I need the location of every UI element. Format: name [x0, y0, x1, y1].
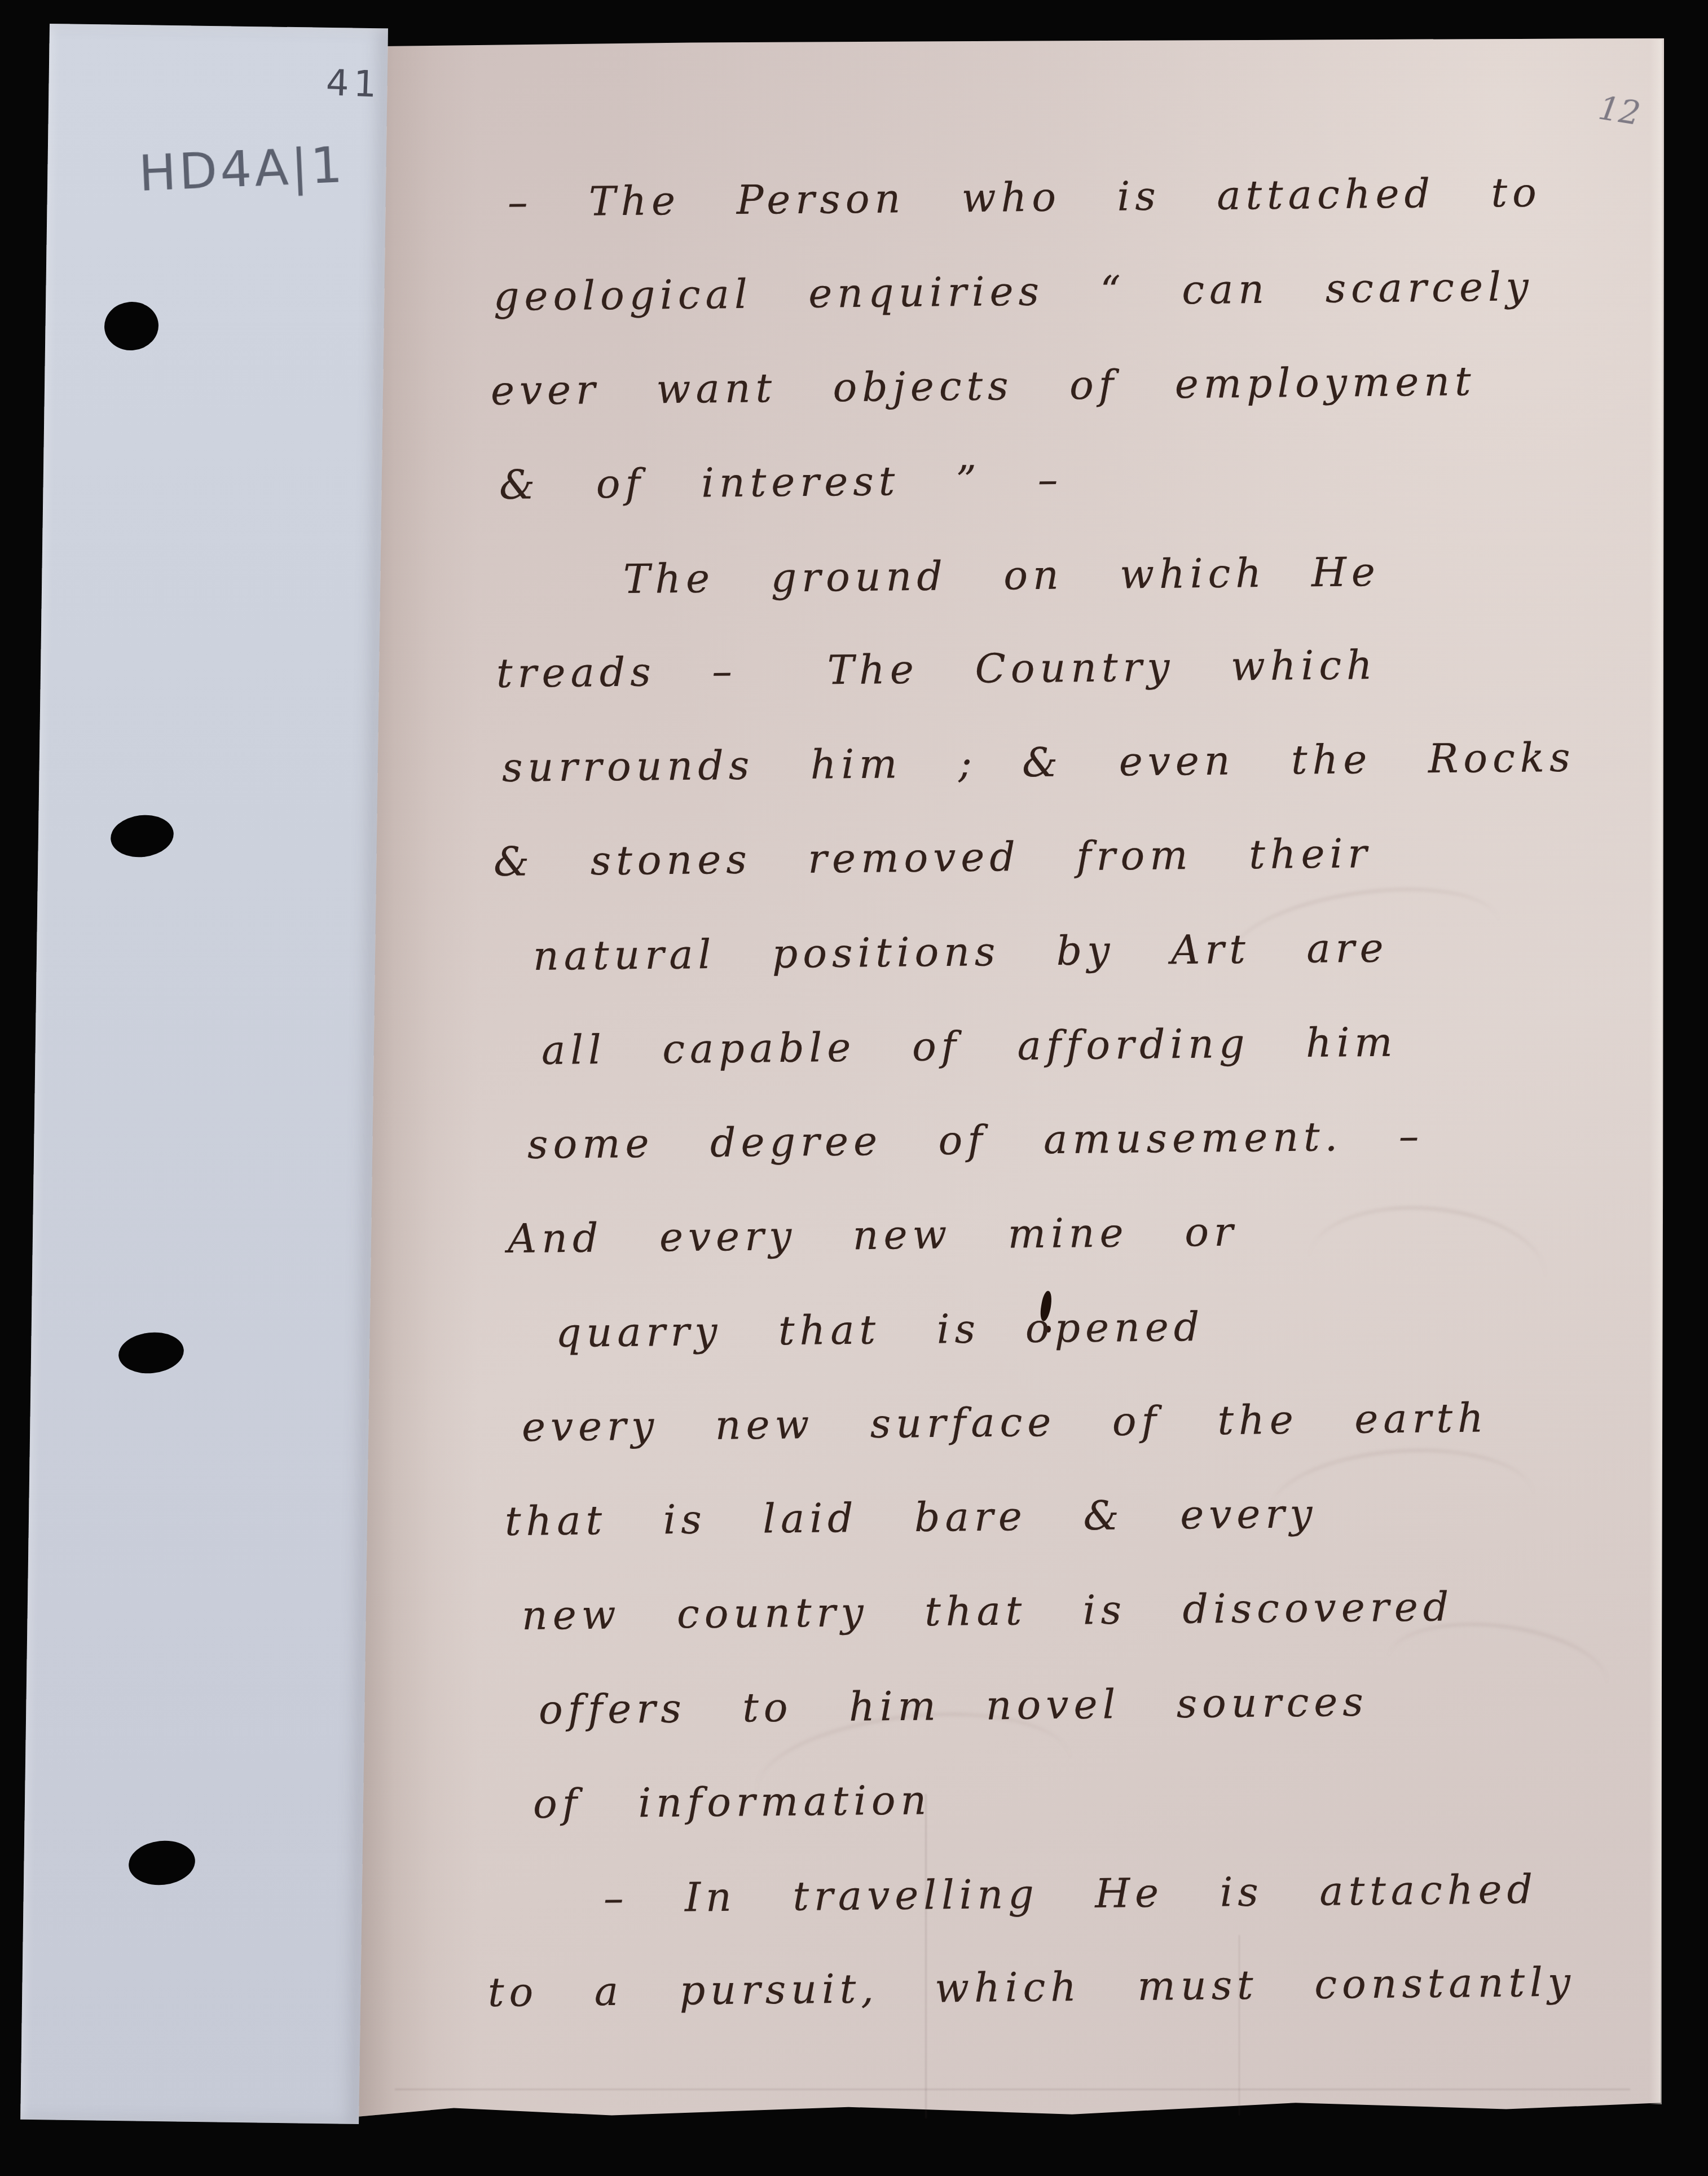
manuscript-line: every new surface of the earth: [522, 1396, 1489, 1450]
manuscript-line: geological enquiries “ can scarcely: [494, 265, 1534, 319]
manuscript-line: treads – The Country which: [496, 643, 1378, 696]
manuscript-line: And every new mine or: [508, 1210, 1239, 1261]
manuscript-line: of information: [533, 1778, 932, 1826]
manuscript-line: & stones removed from their: [494, 832, 1372, 884]
reference-code-pencil: HD4A|1: [138, 135, 346, 203]
manuscript-line: that is laid bare & every: [505, 1492, 1318, 1544]
manuscript-line: – In travelling He is attached: [604, 1867, 1538, 1920]
fold-crease: [925, 1794, 927, 2118]
sheet-number-pencil: 41: [325, 62, 382, 105]
manuscript-line: to a pursuit, which must constantly: [488, 1960, 1576, 2015]
manuscript-line: ever want objects of employment: [491, 359, 1476, 413]
manuscript-line: all capable of affording him: [542, 1020, 1398, 1072]
manuscript-line: – The Person who is attached to: [508, 170, 1542, 225]
photograph-canvas: 41 HD4A|1 12 – The Person who is attache…: [0, 0, 1708, 2176]
manuscript-line: surrounds him ; & even the Rocks: [502, 736, 1575, 790]
manuscript-line: quarry that is opened: [556, 1305, 1205, 1355]
fold-crease: [395, 2089, 1630, 2090]
manuscript-line: some degree of amusement. –: [527, 1114, 1424, 1167]
manuscript-line: offers to him novel sources: [539, 1680, 1369, 1732]
page-right-edge-highlight: [1649, 39, 1662, 2104]
manuscript-line: new country that is discovered: [522, 1585, 1454, 1638]
manuscript-line: The ground on which He: [623, 550, 1381, 601]
page-number-pencil: 12: [1596, 89, 1643, 133]
manuscript-line: natural positions by Art are: [533, 926, 1389, 978]
guard-strip: [20, 24, 388, 2124]
manuscript-line: & of interest ” –: [499, 458, 1063, 507]
